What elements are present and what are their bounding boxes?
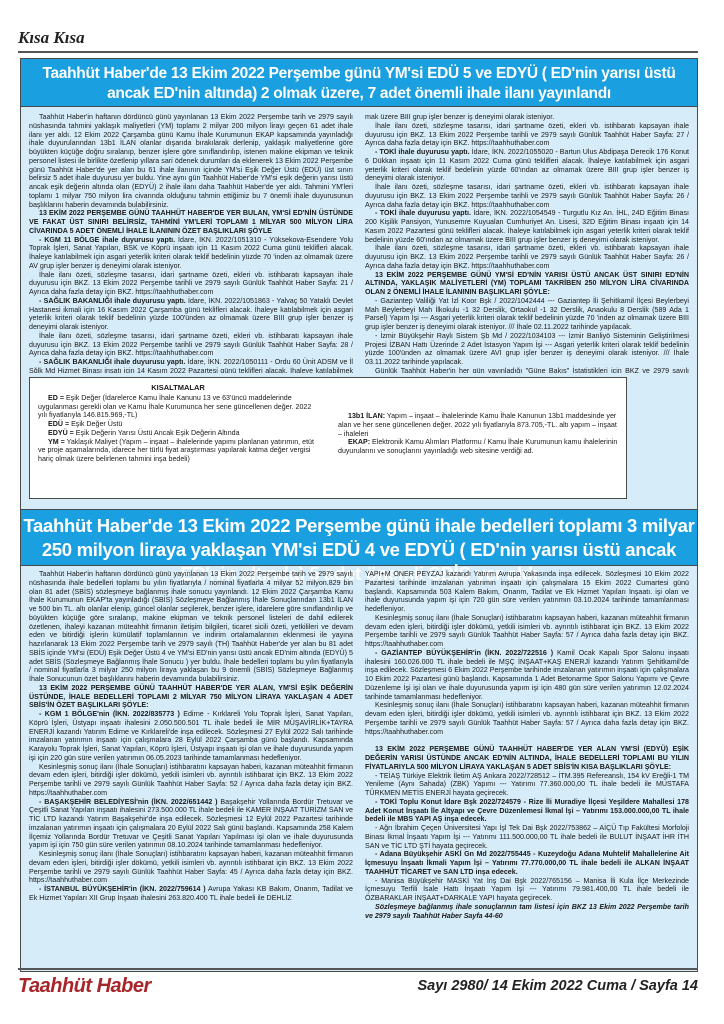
item-lead: - İSTANBUL BÜYÜKŞEHİR'in (İKN. 2022/7596… xyxy=(39,885,206,893)
issue-info: Sayı 2980/ 14 Ekim 2022 Cuma / Sayfa 14 xyxy=(417,978,698,994)
closing-note: Sözleşmeye bağlanmış ihale sonuçlarının … xyxy=(365,903,689,921)
item-lead: - KGM 1 BÖLGE'nin (İKN. 2022/835773 ) xyxy=(39,710,180,718)
item-reference: İhale ilanı özeti, sözleşme tasarısı, id… xyxy=(29,332,353,358)
abbr-key: EDÜ = xyxy=(48,420,69,428)
list-item: - GAZİANTEP BÜYÜKŞEHİR'in (İKN. 2022/722… xyxy=(365,649,689,702)
publication-brand: Taahhüt Haber xyxy=(18,975,151,998)
list-item: - Manisa Büyükşehir MASKİ Yat İnş Dai Bş… xyxy=(365,877,689,903)
article-ihale-ilanlari: Taahhüt Haber'de 13 Ekim 2022 Perşembe g… xyxy=(20,58,698,510)
item-reference: Kesinleşmiş sonuç ilanı (İhale Sonuçları… xyxy=(365,614,689,649)
list-item: - KGM 11 BÖLGE ihale duyurusu yaptı. İda… xyxy=(29,236,353,271)
item-lead: - TOKİ ihale duyurusu yaptı. xyxy=(375,148,470,156)
list-item: - İSTANBUL BÜYÜKŞEHİR'in (İKN. 2022/7596… xyxy=(29,885,353,903)
abbr-13b1: 13b1 İLAN: Yapım – inşaat – ihalelerinde… xyxy=(338,412,618,438)
abbreviations-title: KISALTMALAR xyxy=(38,384,318,393)
list-item: - KGM 1 BÖLGE'nin (İKN. 2022/835773 ) Ed… xyxy=(29,710,353,763)
abbr-key: YM = xyxy=(48,438,65,446)
article1-edyu-heading: 13 EKİM 2022 PERŞEMBE GÜNÜ YM'Sİ ED'NİN … xyxy=(365,271,689,297)
article2-edyu-heading: 13 EKİM 2022 PERŞEMBE GÜNÜ TAAHHÜT HABER… xyxy=(365,745,689,771)
list-item: - Ağrı İbrahim Çeçen Üniversitesi Yapı İ… xyxy=(365,824,689,850)
abbr-value: Yaklaşık Maliyet (Yapım – inşaat – ihale… xyxy=(38,438,314,464)
list-item: - TEİAŞ Türkiye Elektrik İletim AŞ Ankar… xyxy=(365,772,689,798)
list-item: - TOKİ ihale duyurusu yaptı. İdare, İKN.… xyxy=(365,209,689,244)
item-reference: İhale ilanı özeti, sözleşme tasarısı, id… xyxy=(365,183,689,209)
article2-edu-heading: 13 EKİM 2022 PERŞEMBE GÜNÜ TAAHHÜT HABER… xyxy=(29,684,353,710)
list-item: - TOKİ ihale duyurusu yaptı. İdare, İKN.… xyxy=(365,148,689,183)
item-body: Başakşehir Yollarında Bordür Tretuvar ve… xyxy=(29,798,353,850)
spacer xyxy=(365,736,689,745)
list-item: - Adana Büyükşehir ASKİ Gn Md 2022/75544… xyxy=(365,850,689,876)
article2-headline: Taahhüt Haber'de 13 Ekim 2022 Perşembe g… xyxy=(21,510,697,566)
list-item: - İzmir Büyükşehir Raylı Sistem Şb Md / … xyxy=(365,332,689,367)
list-item: - SAĞLIK BAKANLIĞI ihale duyurusu yaptı.… xyxy=(29,358,353,373)
item-reference: Kesinleşmiş sonuç ilanı (İhale Sonuçları… xyxy=(365,701,689,736)
list-item: - TOKİ Toplu Konut İdare Bşk 2022/724579… xyxy=(365,798,689,824)
list-item: - SAĞLIK BAKANLIĞI ihale duyurusu yaptı.… xyxy=(29,297,353,332)
article2-right-column: YAPI+M ÖNER PEYZAJ kazandı Yatırım Avrup… xyxy=(359,570,689,968)
item-reference: Kesinleşmiş sonuç ilanı (İhale Sonuçları… xyxy=(29,763,353,798)
article2-left-column: Taahhüt Haber'in haftanın dördüncü günü … xyxy=(29,570,359,968)
abbr-key: EDYÜ = xyxy=(48,429,74,437)
item-lead: - BAŞAKŞEHİR BELEDİYESİ'nin (İKN. 2022/6… xyxy=(39,798,218,806)
list-item: - Gaziantep Valiliği Yat İzl Koor Bşk / … xyxy=(365,297,689,332)
abbr-key: ED = xyxy=(48,394,64,402)
item-lead: - KGM 11 BÖLGE ihale duyurusu yaptı. xyxy=(39,236,175,244)
abbr-value: Eşik Değer Üstü xyxy=(69,420,122,428)
article-sbis: Taahhüt Haber'de 13 Ekim 2022 Perşembe g… xyxy=(20,509,698,972)
article1-intro: Taahhüt Haber'in haftanın dördüncü günü … xyxy=(29,113,353,209)
article2-intro: Taahhüt Haber'in haftanın dördüncü günü … xyxy=(29,570,353,684)
article1-body: Taahhüt Haber'in haftanın dördüncü günü … xyxy=(21,113,697,373)
abbreviations-left: KISALTMALAR ED = Eşik Değer (İdarelerce … xyxy=(38,384,328,492)
item-lead: - TOKİ ihale duyurusu yaptı. xyxy=(375,209,471,217)
abbr-value: Eşik Değer (İdarelerce Kamu İhale Kanunu… xyxy=(38,394,311,420)
closing-note: Günlük Taahhüt Haber'in her gün yayınlad… xyxy=(365,367,689,373)
item-lead: - SAĞLIK BAKANLIĞI ihale duyurusu yaptı. xyxy=(39,358,185,366)
list-item: - BAŞAKŞEHİR BELEDİYESİ'nin (İKN. 2022/6… xyxy=(29,798,353,851)
item-lead: - SAĞLIK BAKANLIĞI ihale duyurusu yaptı. xyxy=(39,297,186,305)
article1-edu-heading: 13 EKİM 2022 PERŞEMBE GÜNÜ TAAHHÜT HABER… xyxy=(29,209,353,235)
abbr-value: Eşik Değerin Yarısı Üstü Ancak Eşik Değe… xyxy=(74,429,240,437)
section-label: Kısa Kısa xyxy=(18,28,85,48)
continuation-text: mak üzere BIII grup işler benzer iş dene… xyxy=(365,113,689,122)
item-reference: İhale ilanı özeti, sözleşme tasarısı, id… xyxy=(29,271,353,297)
abbr-key: 13b1 İLAN: xyxy=(348,412,385,420)
bottom-divider xyxy=(18,968,698,970)
abbr-value: Elektronik Kamu Alımları Platformu / Kam… xyxy=(338,438,617,455)
article1-headline: Taahhüt Haber'de 13 Ekim 2022 Perşembe g… xyxy=(21,59,697,107)
abbr-key: EKAP: xyxy=(348,438,370,446)
article1-left-column: Taahhüt Haber'in haftanın dördüncü günü … xyxy=(29,113,359,373)
item-reference: Kesinleşmiş sonuç ilanı (İhale Sonuçları… xyxy=(29,850,353,885)
item-lead: - GAZİANTEP BÜYÜKŞEHİR'in (İKN. 2022/722… xyxy=(375,649,553,657)
top-divider xyxy=(18,51,698,53)
article2-body: Taahhüt Haber'in haftanın dördüncü günü … xyxy=(21,570,697,968)
abbreviations-box: KISALTMALAR ED = Eşik Değer (İdarelerce … xyxy=(29,377,627,499)
continuation-text: YAPI+M ÖNER PEYZAJ kazandı Yatırım Avrup… xyxy=(365,570,689,614)
abbr-ekap: EKAP: Elektronik Kamu Alımları Platformu… xyxy=(338,438,618,456)
article1-right-column: mak üzere BIII grup işler benzer iş dene… xyxy=(359,113,689,373)
abbr-edu: EDÜ = Eşik Değer Üstü xyxy=(38,420,318,429)
abbr-ym: YM = Yaklaşık Maliyet (Yapım – inşaat – … xyxy=(38,438,318,464)
item-reference: İhale ilanı özeti, sözleşme tasarısı, id… xyxy=(365,122,689,148)
abbr-ed: ED = Eşik Değer (İdarelerce Kamu İhale K… xyxy=(38,394,318,420)
abbr-spacer xyxy=(338,384,618,412)
abbr-edyu: EDYÜ = Eşik Değerin Yarısı Üstü Ancak Eş… xyxy=(38,429,318,438)
item-reference: İhale ilanı özeti, sözleşme tasarısı, id… xyxy=(365,244,689,270)
abbreviations-right: 13b1 İLAN: Yapım – inşaat – ihalelerinde… xyxy=(328,384,618,492)
